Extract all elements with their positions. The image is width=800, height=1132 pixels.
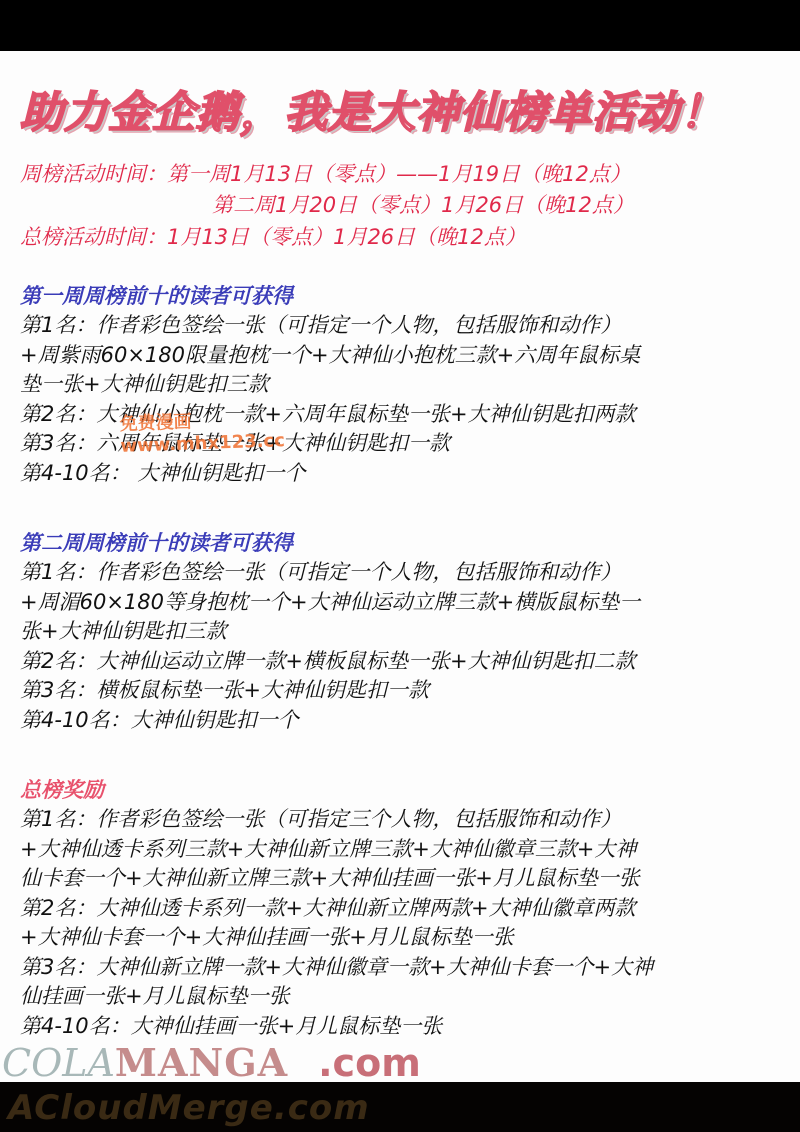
week2-schedule: 第二周1月20日（零点）1月26日（晚12点） [212,193,634,217]
total-schedule-row: 总榜活动时间：1月13日（零点）1月26日（晚12点） [20,221,526,251]
week1-rewards-section: 第一周周榜前十的读者可获得 第1名：作者彩色签绘一张（可指定一个人物，包括服饰和… [20,281,640,488]
reward-line: 第1名：作者彩色签绘一张（可指定一个人物，包括服饰和动作） [20,311,640,341]
reward-line: +周湄60×180等身抱枕一个+大神仙运动立牌三款+横版鼠标垫一 [20,588,640,618]
reward-line: 第3名：横板鼠标垫一张+大神仙钥匙扣一款 [20,676,640,706]
reward-line: 第4-10名： 大神仙钥匙扣一个 [20,459,640,489]
reward-line: +大神仙卡套一个+大神仙挂画一张+月儿鼠标垫一张 [20,923,653,953]
site-watermark: 免费漫画 www.mhx123.cc [119,408,285,458]
reward-line: 第2名：大神仙小抱枕一款+六周年鼠标垫一张+大神仙钥匙扣两款 [20,400,640,430]
reward-line: 第3名：六周年鼠标垫一张+大神仙钥匙扣一款 [20,429,640,459]
acloudmerge-watermark: ACloudMerge.com [8,1088,370,1128]
watermark-cola: COLA [2,1041,115,1085]
reward-line: 第4-10名：大神仙挂画一张+月儿鼠标垫一张 [20,1012,653,1042]
reward-line: +大神仙透卡系列三款+大神仙新立牌三款+大神仙徽章三款+大神 [20,835,653,865]
reward-line: 张+大神仙钥匙扣三款 [20,617,640,647]
reward-line: 仙挂画一张+月儿鼠标垫一张 [20,982,653,1012]
weekly-schedule-row-2: 第二周1月20日（零点）1月26日（晚12点） [212,189,634,219]
reward-line: 第3名：大神仙新立牌一款+大神仙徽章一款+大神仙卡套一个+大神 [20,953,653,983]
section-heading: 第一周周榜前十的读者可获得 [20,281,640,311]
total-schedule: 1月13日（零点）1月26日（晚12点） [167,225,526,249]
colamanga-watermark: COLAMANGA.com [2,1041,421,1085]
reward-line: 第1名：作者彩色签绘一张（可指定一个人物，包括服饰和动作） [20,558,640,588]
reward-line: 第4-10名：大神仙钥匙扣一个 [20,706,640,736]
top-black-bar [0,0,800,51]
total-schedule-label: 总榜活动时间： [20,225,167,249]
reward-line: 垫一张+大神仙钥匙扣三款 [20,370,640,400]
watermark-com: .com [318,1041,421,1085]
reward-line: 仙卡套一个+大神仙新立牌三款+大神仙挂画一张+月儿鼠标垫一张 [20,864,653,894]
event-title: 助力金企鹅，我是大神仙榜单活动！ [20,79,800,140]
week2-rewards-section: 第二周周榜前十的读者可获得 第1名：作者彩色签绘一张（可指定一个人物，包括服饰和… [20,528,640,735]
week1-schedule: 第一周1月13日（零点）——1月19日（晚12点） [167,162,631,186]
reward-line: 第1名：作者彩色签绘一张（可指定三个人物，包括服饰和动作） [20,805,653,835]
reward-line: 第2名：大神仙运动立牌一款+横板鼠标垫一张+大神仙钥匙扣二款 [20,647,640,677]
section-heading: 第二周周榜前十的读者可获得 [20,528,640,558]
reward-line: 第2名：大神仙透卡系列一款+大神仙新立牌两款+大神仙徽章两款 [20,894,653,924]
weekly-schedule-row-1: 周榜活动时间：第一周1月13日（零点）——1月19日（晚12点） [20,158,631,188]
total-rewards-section: 总榜奖励 第1名：作者彩色签绘一张（可指定三个人物，包括服饰和动作） +大神仙透… [20,775,653,1041]
reward-line: +周紫雨60×180限量抱枕一个+大神仙小抱枕三款+六周年鼠标桌 [20,341,640,371]
watermark-manga: MANGA [115,1040,288,1085]
weekly-schedule-label: 周榜活动时间： [20,162,167,186]
announcement-page: 助力金企鹅，我是大神仙榜单活动！ 周榜活动时间：第一周1月13日（零点）——1月… [0,51,800,1082]
section-heading: 总榜奖励 [20,775,653,805]
